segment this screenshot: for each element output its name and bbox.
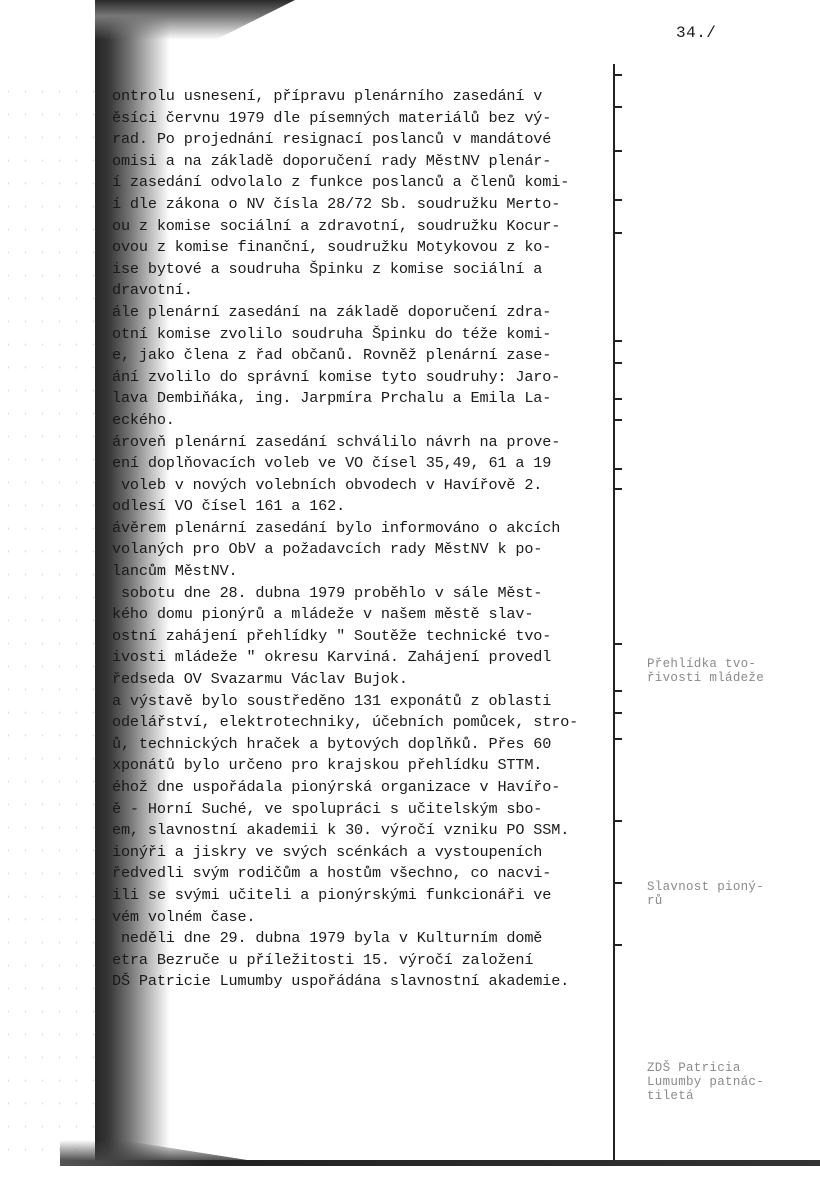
- text-line: odelářství, elektrotechniky, účebních po…: [112, 712, 632, 734]
- text-line: ároveň plenární zasedání schválilo návrh…: [112, 432, 632, 454]
- scan-noise: [0, 80, 95, 1160]
- text-line: ání zvolilo do správní komise tyto soudr…: [112, 367, 632, 389]
- text-line: ou z komise sociální a zdravotní, soudru…: [112, 216, 632, 238]
- margin-note-prehlidka: Přehlídka tvo- řivosti mládeže: [647, 657, 764, 685]
- text-line: ů, technických hraček a bytových doplňků…: [112, 734, 632, 756]
- text-line: etra Bezruče u příležitosti 15. výročí z…: [112, 950, 632, 972]
- text-line: ontrolu usnesení, přípravu plenárního za…: [112, 86, 632, 108]
- text-line: volaných pro ObV a požadavcích rady Měst…: [112, 539, 632, 561]
- text-line: ěsíci červnu 1979 dle písemných materiál…: [112, 108, 632, 130]
- text-line: ovou z komise finanční, soudružku Motyko…: [112, 237, 632, 259]
- text-line: í zasedání odvolalo z funkce poslanců a …: [112, 172, 632, 194]
- text-line: sobotu dne 28. dubna 1979 proběhlo v sál…: [112, 583, 632, 605]
- text-line: vém volném čase.: [112, 907, 632, 929]
- text-line: ivosti mládeže " okresu Karviná. Zahájen…: [112, 647, 632, 669]
- margin-note-zds: ZDŠ Patricia Lumumby patnác- tiletá: [647, 1061, 764, 1103]
- text-line: otní komise zvolilo soudruha Špinku do t…: [112, 324, 632, 346]
- text-line: kého domu pionýrů a mládeže v našem měst…: [112, 604, 632, 626]
- text-line: ili se svými učiteli a pionýrskými funkc…: [112, 885, 632, 907]
- text-line: odlesí VO čísel 161 a 162.: [112, 496, 632, 518]
- text-line: e, jako člena z řad občanů. Rovněž plená…: [112, 345, 632, 367]
- text-line: ávěrem plenární zasedání bylo informován…: [112, 518, 632, 540]
- margin-note-slavnost: Slavnost pioný- rů: [647, 880, 764, 908]
- text-line: ionýři a jiskry ve svých scénkách a vyst…: [112, 842, 632, 864]
- page-number: 34./: [676, 24, 716, 42]
- text-line: ě - Horní Suché, ve spolupráci s učitels…: [112, 799, 632, 821]
- text-line: rad. Po projednání resignací poslanců v …: [112, 129, 632, 151]
- text-line: a výstavě bylo soustředěno 131 exponátů …: [112, 691, 632, 713]
- text-line: í dle zákona o NV čísla 28/72 Sb. soudru…: [112, 194, 632, 216]
- typewritten-body: ontrolu usnesení, přípravu plenárního za…: [112, 86, 632, 993]
- text-line: lava Dembiňáka, ing. Jarpmíra Prchalu a …: [112, 388, 632, 410]
- text-line: ředvedli svým rodičům a hostům všechno, …: [112, 863, 632, 885]
- rule-tick: [613, 74, 622, 76]
- text-line: ále plenární zasedání na základě doporuč…: [112, 302, 632, 324]
- text-line: lancům MěstNV.: [112, 561, 632, 583]
- page-bottom-edge: [60, 1160, 820, 1166]
- text-line: ení doplňovacích voleb ve VO čísel 35,49…: [112, 453, 632, 475]
- text-line: éhož dne uspořádala pionýrská organizace…: [112, 777, 632, 799]
- text-line: voleb v nových volebních obvodech v Haví…: [112, 475, 632, 497]
- text-line: ise bytové a soudruha Špinku z komise so…: [112, 259, 632, 281]
- top-shadow: [95, 0, 295, 40]
- text-line: eckého.: [112, 410, 632, 432]
- text-line: DŠ Patricie Lumumby uspořádána slavnostn…: [112, 971, 632, 993]
- text-line: xponátů bylo určeno pro krajskou přehlíd…: [112, 755, 632, 777]
- text-line: omisi a na základě doporučení rady MěstN…: [112, 151, 632, 173]
- text-line: ostní zahájení přehlídky " Soutěže techn…: [112, 626, 632, 648]
- text-line: ředseda OV Svazarmu Václav Bujok.: [112, 669, 632, 691]
- text-line: neděli dne 29. dubna 1979 byla v Kulturn…: [112, 928, 632, 950]
- text-line: dravotní.: [112, 280, 632, 302]
- text-line: em, slavnostní akademii k 30. výročí vzn…: [112, 820, 632, 842]
